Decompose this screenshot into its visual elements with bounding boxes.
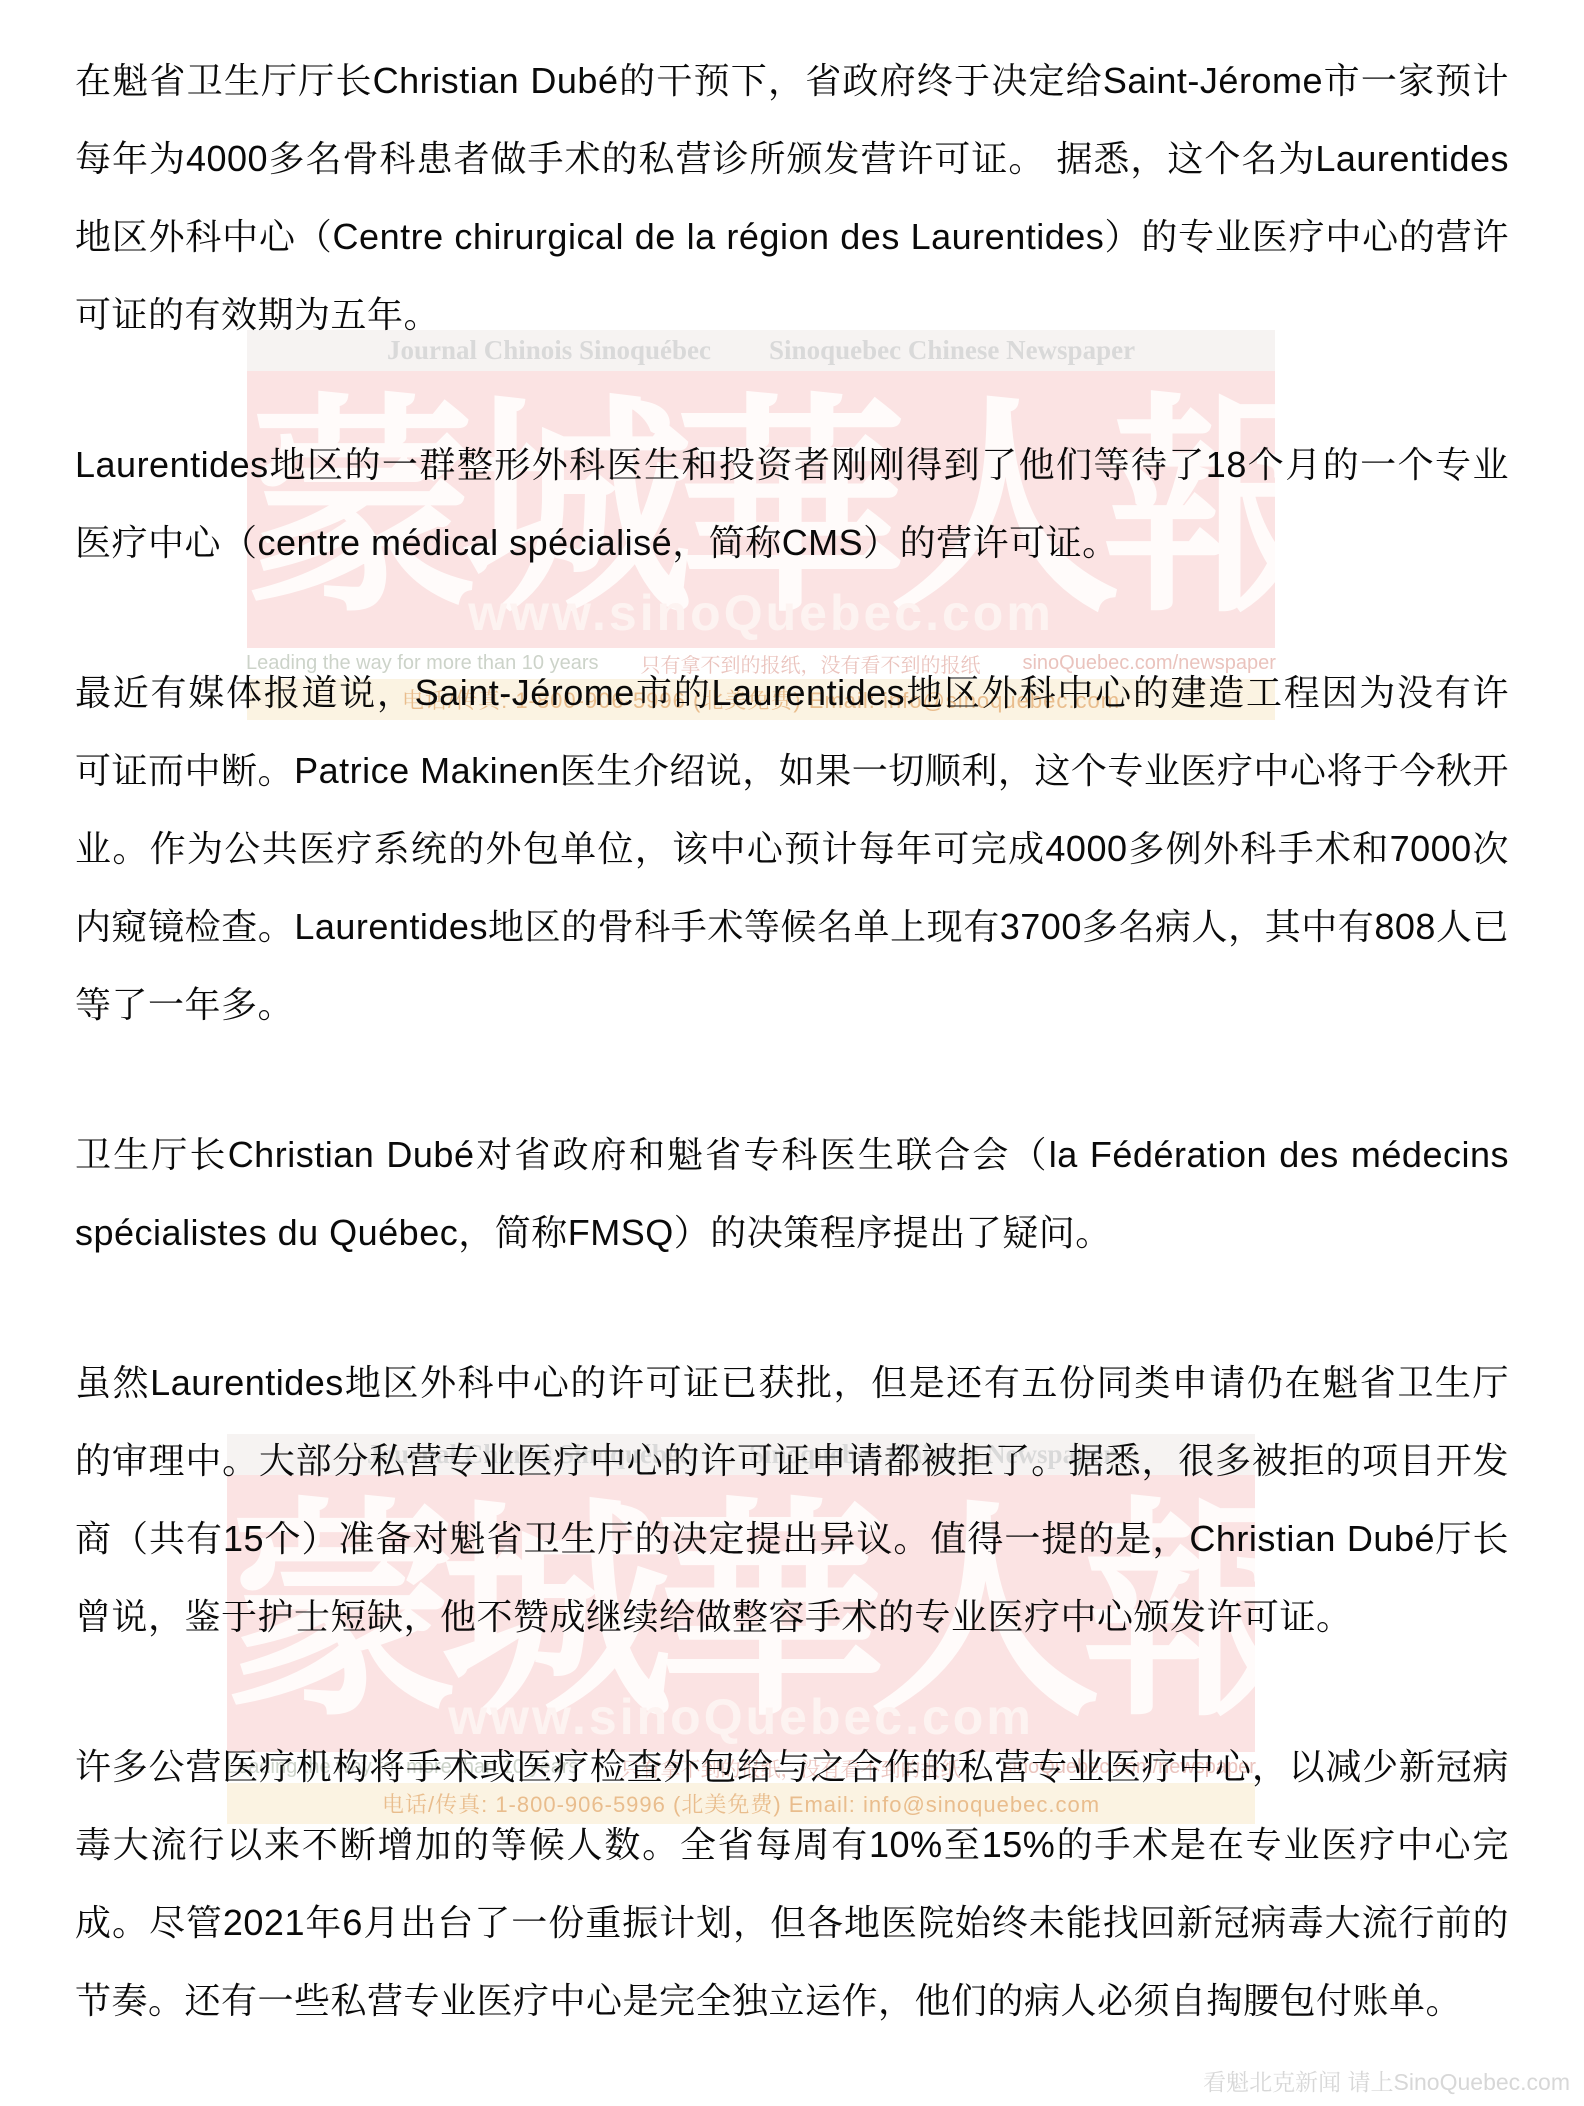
article-paragraph: 卫生厅长Christian Dubé对省政府和魁省专科医生联合会（la Fédé…: [75, 1116, 1509, 1272]
footer-note: 看魁北克新闻 请上SinoQuebec.com: [1203, 2064, 1570, 2097]
article-paragraph: 许多公营医疗机构将手术或医疗检查外包给与之合作的私营专业医疗中心，以减少新冠病毒…: [75, 1728, 1509, 2040]
article-paragraph: 虽然Laurentides地区外科中心的许可证已获批，但是还有五份同类申请仍在魁…: [75, 1344, 1509, 1656]
article-paragraph: 在魁省卫生厅厅长Christian Dubé的干预下，省政府终于决定给Saint…: [75, 42, 1509, 354]
article-paragraph: 最近有媒体报道说，Saint-Jérome市的Laurentides地区外科中心…: [75, 654, 1509, 1044]
article-body: 在魁省卫生厅厅长Christian Dubé的干预下，省政府终于决定给Saint…: [75, 42, 1509, 2106]
article-paragraph: Laurentides地区的一群整形外科医生和投资者刚刚得到了他们等待了18个月…: [75, 426, 1509, 582]
